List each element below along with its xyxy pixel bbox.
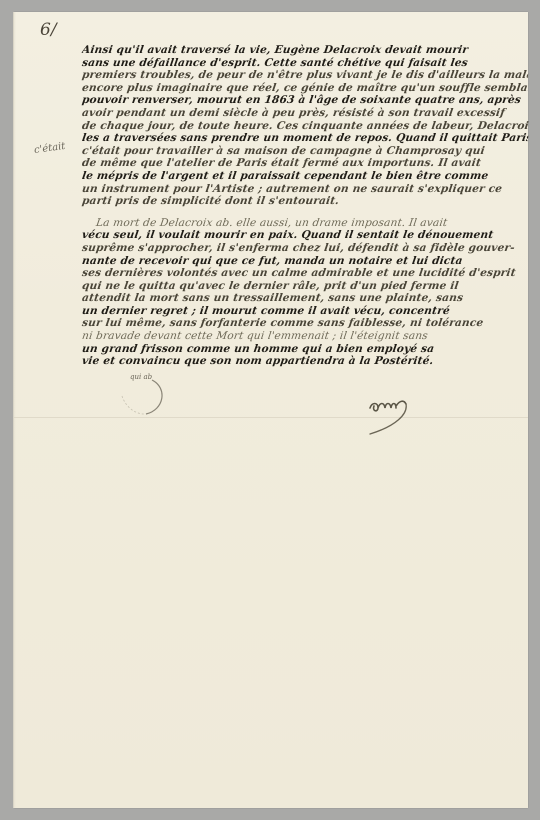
text-line: suprême s'approcher, il s'enferma chez l…: [81, 242, 529, 255]
text-line: avoir pendant un demi siècle à peu près,…: [81, 107, 529, 120]
text-line: un dernier regret ; il mourut comme il a…: [81, 305, 529, 318]
text-line: La mort de Delacroix ab. elle aussi, un …: [81, 217, 529, 230]
text-line: nante de recevoir qui que ce fut, manda …: [81, 255, 529, 268]
text-line: un grand frisson comme un homme qui a bi…: [81, 343, 529, 356]
text-line: attendit la mort sans un tressaillement,…: [81, 292, 529, 305]
text-line: les a traversées sans prendre un moment …: [81, 132, 529, 145]
text-line: de même que l'atelier de Paris était fer…: [81, 157, 529, 170]
text-line: c'était pour travailler à sa maison de c…: [81, 145, 529, 158]
text-line: Ainsi qu'il avait traversé la vie, Eugèn…: [81, 44, 529, 57]
text-line: vécu seul, il voulait mourir en paix. Qu…: [81, 229, 529, 242]
text-line: sur lui même, sans forfanterie comme san…: [81, 317, 529, 330]
text-line: sans une défaillance d'esprit. Cette san…: [81, 57, 529, 70]
text-line: ses dernières volontés avec un calme adm…: [81, 267, 529, 280]
manuscript-body: Ainsi qu'il avait traversé la vie, Eugèn…: [82, 44, 528, 368]
text-line: ni bravade devant cette Mort qui l'emmen…: [81, 330, 529, 343]
page-number: 6/: [40, 20, 57, 40]
text-line: de chaque jour, de toute heure. Ces cinq…: [81, 120, 529, 133]
text-line: un instrument pour l'Artiste ; autrement…: [81, 183, 529, 196]
paper-fold-line: [14, 417, 528, 418]
signature-flourish-icon: [368, 396, 428, 436]
text-line: qui ne le quitta qu'avec le dernier râle…: [81, 280, 529, 293]
text-line: le mépris de l'argent et il paraissait c…: [81, 170, 529, 183]
text-line: vie et convaincu que son nom appartiendr…: [81, 355, 529, 368]
manuscript-page: 6/ c'était Ainsi qu'il avait traversé la…: [14, 12, 528, 808]
text-line: encore plus imaginaire que réel, ce géni…: [81, 82, 529, 95]
signature: [368, 396, 428, 436]
paragraph-gap: [82, 208, 528, 217]
stamp-text: qui ab: [130, 373, 153, 381]
margin-note: c'était: [33, 141, 66, 156]
text-line: premiers troubles, de peur de n'être plu…: [81, 69, 529, 82]
stamp-mark: qui ab: [116, 370, 172, 416]
stamp-circle-icon: qui ab: [116, 370, 172, 416]
text-line: pouvoir renverser, mourut en 1863 à l'âg…: [81, 94, 529, 107]
text-line: parti pris de simplicité dont il s'entou…: [81, 195, 529, 208]
